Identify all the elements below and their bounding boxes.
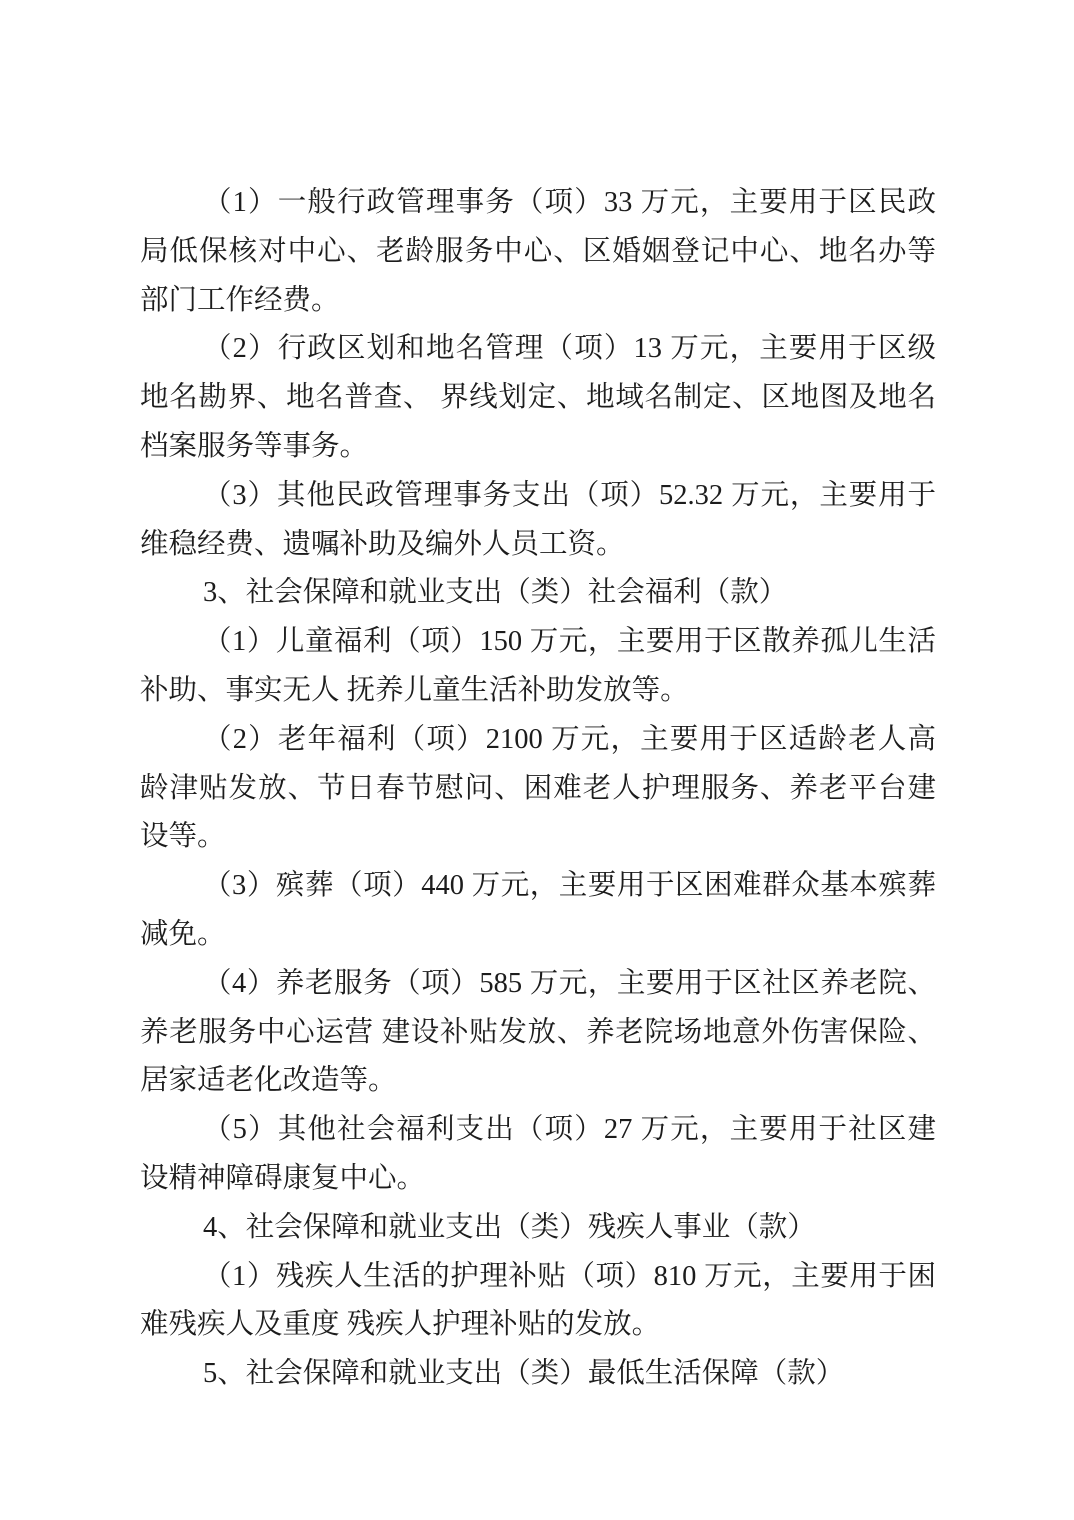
section-heading-disabled: 4、社会保障和就业支出（类）残疾人事业（款） <box>140 1204 936 1253</box>
paragraph-disabled-subsidy: （1）残疾人生活的护理补贴（项）810 万元，主要用于困难残疾人及重度 残疾人护… <box>140 1253 936 1351</box>
document-page: （1）一般行政管理事务（项）33 万元，主要用于区民政局低保核对中心、老龄服务中… <box>0 0 1074 1520</box>
section-heading-social-welfare: 3、社会保障和就业支出（类）社会福利（款） <box>140 569 936 618</box>
paragraph-other-civil-affairs: （3）其他民政管理事务支出（项）52.32 万元，主要用于维稳经费、遗嘱补助及编… <box>140 472 936 570</box>
paragraph-admin-affairs: （1）一般行政管理事务（项）33 万元，主要用于区民政局低保核对中心、老龄服务中… <box>140 179 936 325</box>
section-heading-minimum-living: 5、社会保障和就业支出（类）最低生活保障（款） <box>140 1350 936 1399</box>
paragraph-elderly-welfare: （2）老年福利（项）2100 万元，主要用于区适龄老人高龄津贴发放、节日春节慰问… <box>140 716 936 862</box>
document-body: （1）一般行政管理事务（项）33 万元，主要用于区民政局低保核对中心、老龄服务中… <box>140 179 936 1399</box>
paragraph-other-social-welfare: （5）其他社会福利支出（项）27 万元，主要用于社区建设精神障碍康复中心。 <box>140 1106 936 1204</box>
paragraph-child-welfare: （1）儿童福利（项）150 万元，主要用于区散养孤儿生活补助、事实无人 抚养儿童… <box>140 618 936 716</box>
paragraph-funeral: （3）殡葬（项）440 万元，主要用于区困难群众基本殡葬减免。 <box>140 862 936 960</box>
paragraph-elderly-care-service: （4）养老服务（项）585 万元，主要用于区社区养老院、养老服务中心运营 建设补… <box>140 960 936 1106</box>
paragraph-district-naming: （2）行政区划和地名管理（项）13 万元，主要用于区级地名勘界、地名普查、 界线… <box>140 325 936 471</box>
